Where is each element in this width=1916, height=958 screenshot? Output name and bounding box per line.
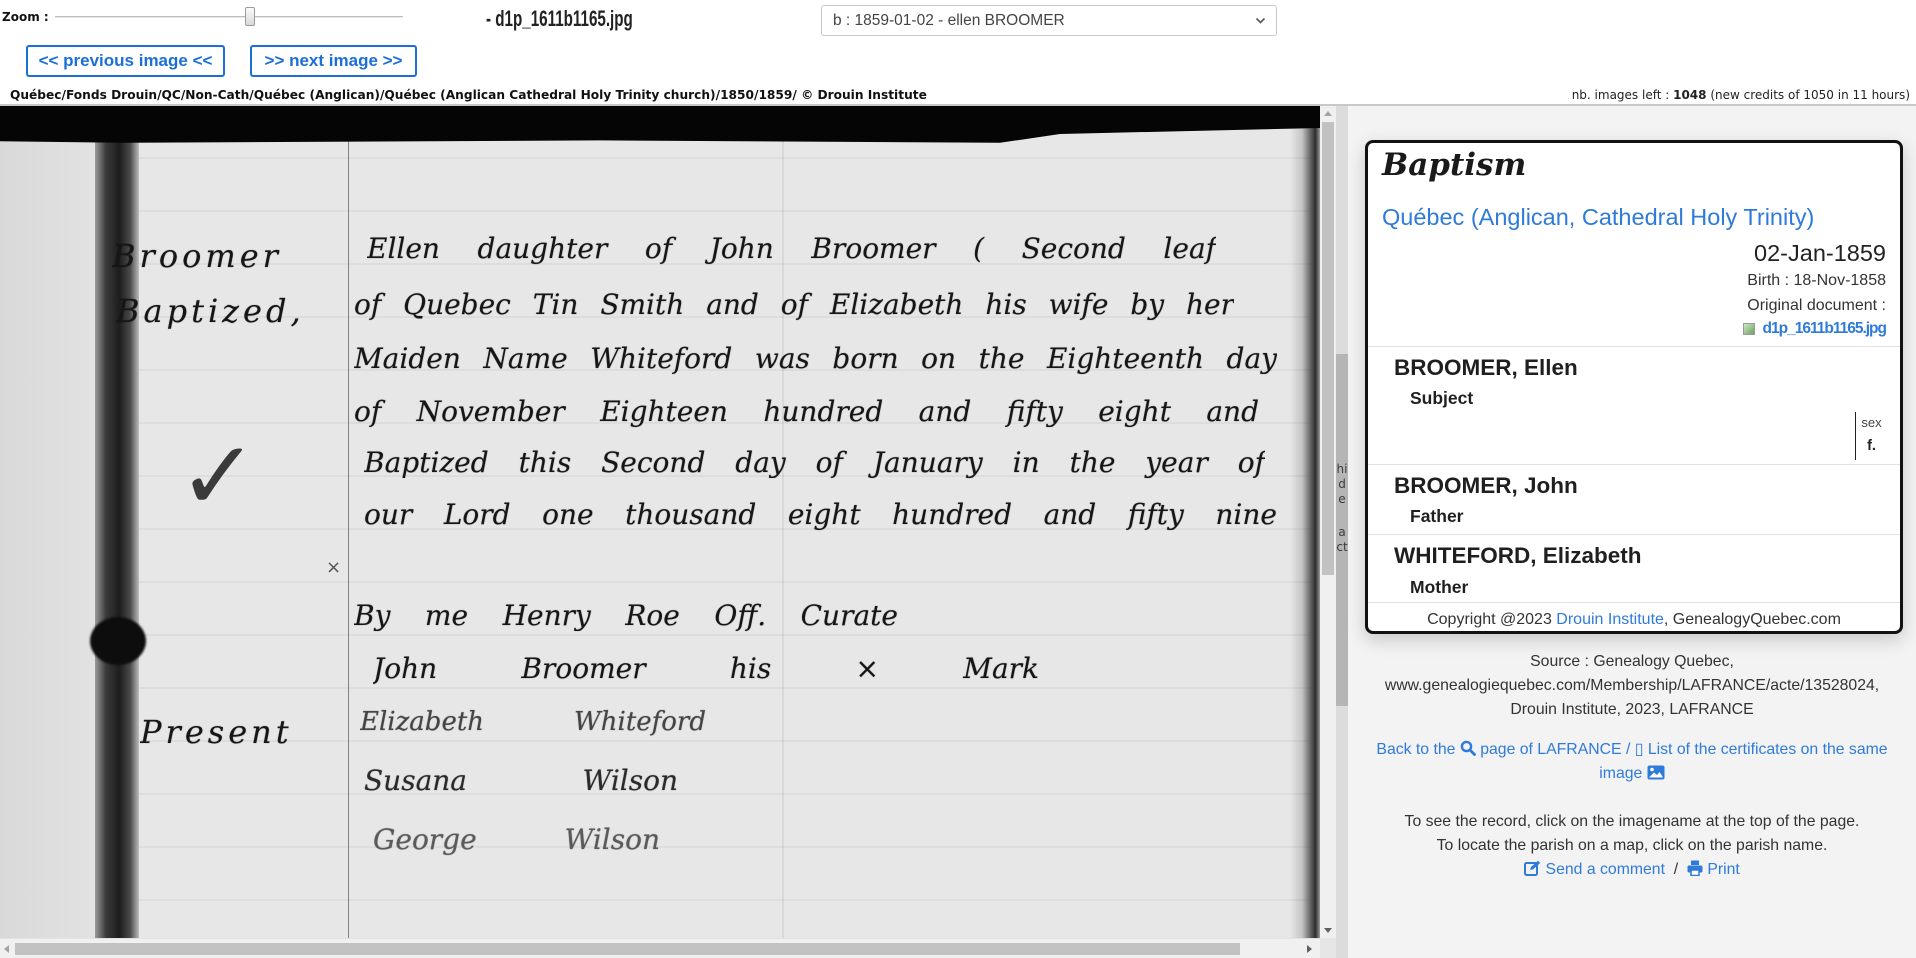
zoom-slider-thumb[interactable] xyxy=(245,7,255,26)
register-image-viewer[interactable]: Broomer Baptized, Ellen daughter of John… xyxy=(0,106,1320,938)
person-role: Father xyxy=(1410,505,1463,527)
check-mark-icon: ✓ xyxy=(178,424,258,528)
source-line: Drouin Institute, 2023, LAFRANCE xyxy=(1348,698,1916,722)
image-title[interactable]: - d1p_1611b1165.jpg xyxy=(486,5,633,33)
handwriting-officiant-signature: By me Henry Roe Off. Curate xyxy=(354,596,898,638)
links-separator: / xyxy=(1622,741,1635,758)
print-link[interactable]: Print xyxy=(1687,861,1740,878)
handwriting-witness: Elizabeth Whiteford xyxy=(360,702,706,744)
handwriting-margin-event: Baptized, xyxy=(116,291,306,333)
send-comment-link[interactable]: Send a comment xyxy=(1524,861,1665,878)
margin-x-mark: × xyxy=(326,558,341,578)
links-line-2: image xyxy=(1348,762,1916,786)
breadcrumb: Québec/Fonds Drouin/QC/Non-Cath/Québec (… xyxy=(10,88,927,103)
chevron-down-icon xyxy=(1255,15,1266,26)
credits-label: nb. images left : xyxy=(1572,88,1673,102)
previous-image-button[interactable]: << previous image << xyxy=(26,45,225,77)
print-icon xyxy=(1687,860,1703,876)
divider xyxy=(1368,464,1900,465)
margin-rule xyxy=(348,134,349,938)
certificates-list-link[interactable]: ▯ List of the certificates on the same xyxy=(1635,741,1888,758)
sex-label: sex xyxy=(1856,412,1887,434)
handwriting-line: our Lord one thousand eight hundred and … xyxy=(364,495,1277,537)
edit-icon xyxy=(1524,860,1541,876)
handwriting-line: Baptized this Second day of January in t… xyxy=(364,443,1265,485)
navigation-links: Back to the page of LAFRANCE / ▯ List of… xyxy=(1348,738,1916,786)
hide-act-word-2: act xyxy=(1336,525,1348,555)
links-line-1: Back to the page of LAFRANCE / ▯ List of… xyxy=(1348,738,1916,762)
hide-act-label: hide act xyxy=(1336,462,1348,555)
scroll-down-arrow-icon[interactable] xyxy=(1324,928,1332,933)
paper-margin xyxy=(0,106,95,938)
scrollbar-corner xyxy=(1320,938,1336,958)
search-icon xyxy=(1460,740,1476,756)
help-line: To see the record, click on the imagenam… xyxy=(1348,810,1916,834)
help-line: To locate the parish on a map, click on … xyxy=(1348,834,1916,858)
hide-act-word-1: hide xyxy=(1336,462,1348,507)
credits-note: (new credits of 1050 in 11 hours) xyxy=(1707,88,1910,102)
zoom-slider[interactable] xyxy=(53,7,405,27)
send-comment-label[interactable]: Send a comment xyxy=(1541,861,1665,878)
record-card: Baptism Québec (Anglican, Cathedral Holy… xyxy=(1365,140,1903,634)
person-name: BROOMER, Ellen xyxy=(1394,354,1578,382)
person-role: Mother xyxy=(1410,576,1468,598)
original-document-link[interactable]: d1p_1611b1165.jpg xyxy=(1743,319,1886,339)
scroll-right-arrow-icon[interactable] xyxy=(1307,945,1312,953)
scroll-left-arrow-icon[interactable] xyxy=(4,945,9,953)
handwriting-margin-surname: Broomer xyxy=(112,236,302,278)
record-select[interactable]: b : 1859-01-02 - ellen BROOMER xyxy=(821,5,1277,36)
original-document-filename[interactable]: d1p_1611b1165.jpg xyxy=(1763,319,1886,339)
source-line: www.genealogiequebec.com/Membership/LAFR… xyxy=(1348,674,1916,698)
vertical-scroll-thumb[interactable] xyxy=(1322,122,1334,575)
sex-field: sex f. xyxy=(1855,412,1887,460)
person-name: WHITEFORD, Elizabeth xyxy=(1394,542,1642,570)
scroll-up-arrow-icon[interactable] xyxy=(1324,111,1332,116)
back-to-search-link[interactable]: Back to the page of LAFRANCE xyxy=(1376,741,1621,758)
horizontal-scroll-thumb[interactable] xyxy=(15,943,1240,955)
image-file-icon xyxy=(1743,323,1755,335)
hide-act-toggle[interactable]: hide act xyxy=(1336,106,1348,958)
help-separator: / xyxy=(1665,861,1687,878)
parish-link[interactable]: Québec (Anglican, Cathedral Holy Trinity… xyxy=(1382,203,1814,231)
help-text: To see the record, click on the imagenam… xyxy=(1348,810,1916,882)
copyright-prefix: Copyright @2023 xyxy=(1427,611,1556,628)
handwriting-witness: George Wilson xyxy=(373,820,660,862)
record-type-title: Baptism xyxy=(1382,146,1526,184)
source-citation: Source : Genealogy Quebec, www.genealogi… xyxy=(1348,650,1916,722)
divider xyxy=(1368,534,1900,535)
drouin-institute-link[interactable]: Drouin Institute xyxy=(1556,611,1664,628)
back-link-suffix[interactable]: page of LAFRANCE xyxy=(1476,741,1622,758)
page-edge xyxy=(1290,106,1320,938)
original-document-label: Original document : xyxy=(1747,296,1886,316)
handwriting-witness: Susana Wilson xyxy=(364,761,678,803)
person-role: Subject xyxy=(1410,387,1473,409)
certificates-list-label[interactable]: List of the certificates on the same xyxy=(1643,741,1887,758)
image-icon xyxy=(1647,765,1665,780)
credits-count: 1048 xyxy=(1673,88,1706,102)
images-left-counter: nb. images left : 1048 (new credits of 1… xyxy=(1572,88,1910,103)
birth-date: Birth : 18-Nov-1858 xyxy=(1747,271,1886,291)
copyright-suffix: , GenealogyQuebec.com xyxy=(1664,611,1841,628)
handwriting-line: Maiden Name Whiteford was born on the Ei… xyxy=(354,339,1277,381)
handwriting-father-mark: John Broomer his × Mark xyxy=(373,649,1039,691)
scan-top-border xyxy=(0,106,1320,146)
divider xyxy=(1368,602,1900,603)
source-line: Source : Genealogy Quebec, xyxy=(1348,650,1916,674)
print-label[interactable]: Print xyxy=(1703,861,1740,878)
sex-value: f. xyxy=(1856,434,1887,458)
back-link-prefix[interactable]: Back to the xyxy=(1376,741,1459,758)
handwriting-line: of Quebec Tin Smith and of Elizabeth his… xyxy=(354,285,1234,327)
copyright-notice: Copyright @2023 Drouin Institute, Geneal… xyxy=(1368,610,1900,630)
viewer-vertical-scrollbar[interactable] xyxy=(1320,106,1336,938)
handwriting-line: Ellen daughter of John Broomer ( Second … xyxy=(367,229,1216,271)
help-actions: Send a comment / Print xyxy=(1348,858,1916,882)
person-name: BROOMER, John xyxy=(1394,472,1578,500)
handwriting-margin-present: Present xyxy=(140,712,340,754)
zoom-slider-track[interactable] xyxy=(55,16,403,18)
handwriting-line: of November Eighteen hundred and fifty e… xyxy=(354,392,1259,434)
viewer-horizontal-scrollbar[interactable] xyxy=(0,938,1320,958)
zoom-label: Zoom : xyxy=(2,9,49,25)
next-image-button[interactable]: >> next image >> xyxy=(250,45,417,77)
divider xyxy=(1368,346,1900,347)
certificates-list-link-continued[interactable]: image xyxy=(1599,765,1646,782)
record-date: 02-Jan-1859 xyxy=(1754,239,1886,267)
binding-hole xyxy=(90,617,146,665)
